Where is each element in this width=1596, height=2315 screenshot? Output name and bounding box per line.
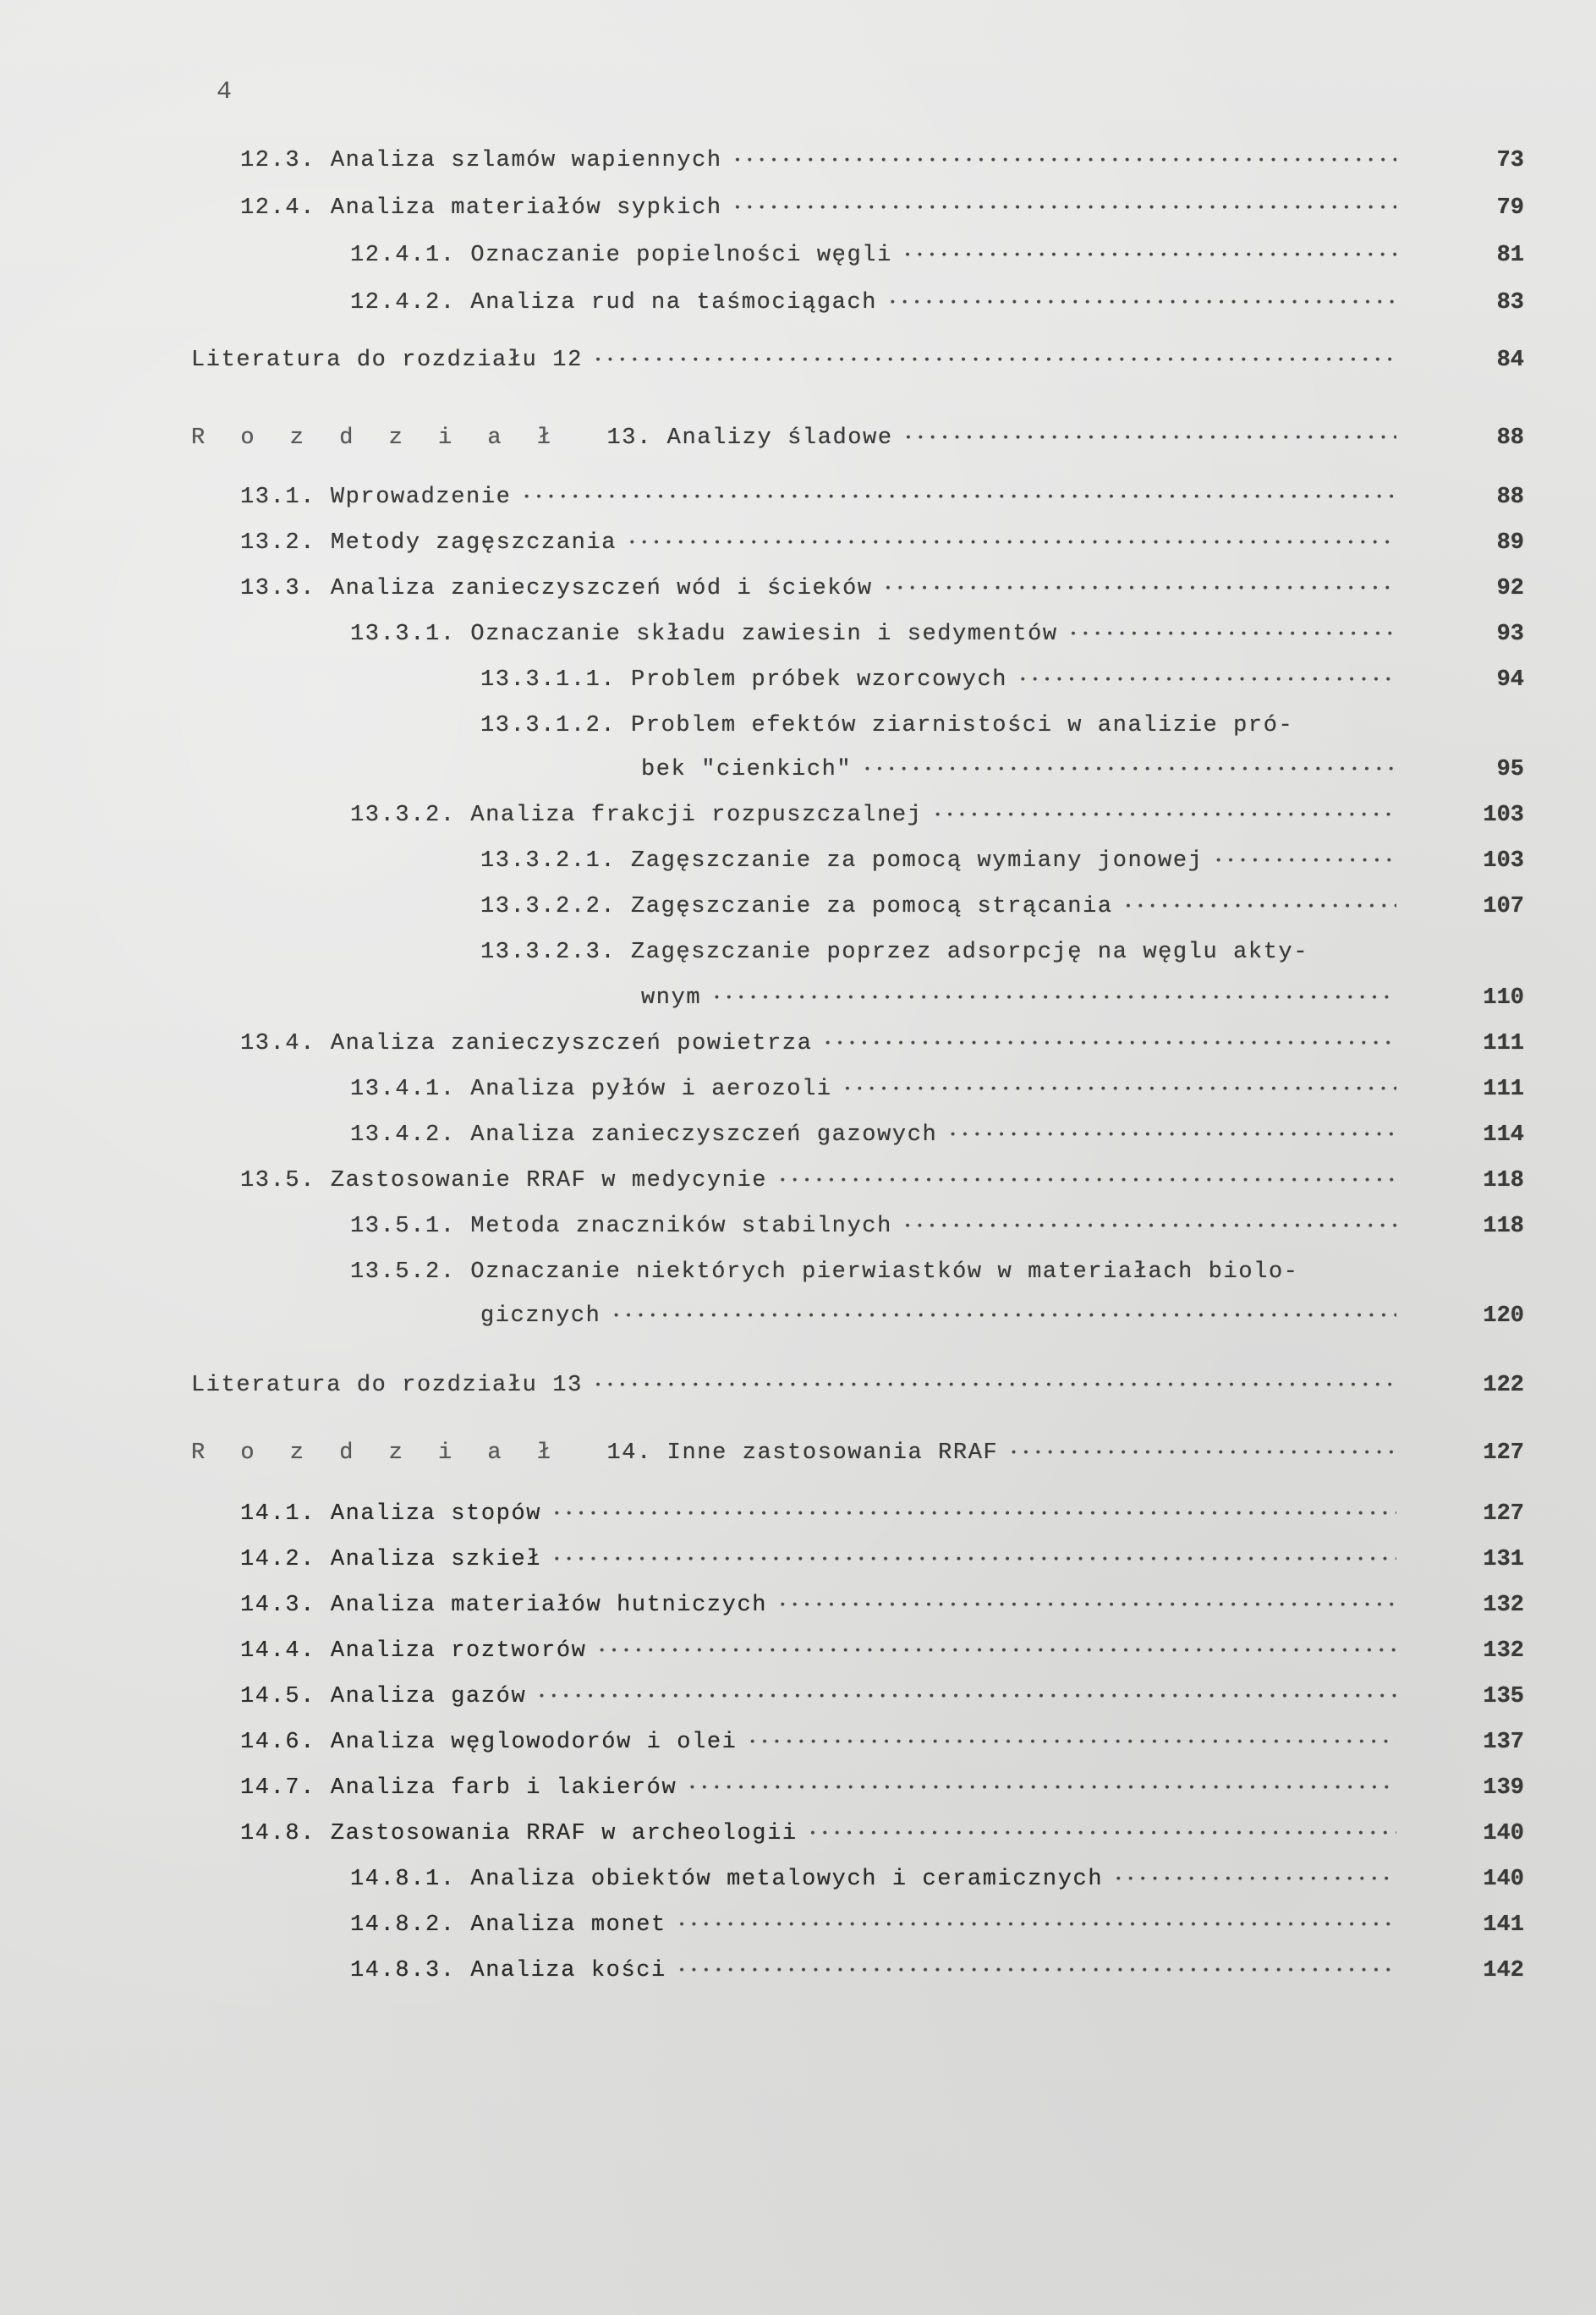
toc-entry: 14.8.1. Analiza obiektów metalowych i ce… (0, 1862, 1596, 1896)
toc-page-number: 103 (1431, 798, 1524, 832)
dot-leader (904, 239, 1396, 273)
chapter-title: 13. Analizy śladowe (606, 425, 892, 451)
dot-leader (553, 1497, 1396, 1532)
chapter-prefix: R o z d z i a ł (191, 1440, 562, 1466)
toc-entry: 13.3.1.1. Problem próbek wzorcowych94 (0, 663, 1596, 697)
toc-entry: Literatura do rozdziału 13122 (0, 1369, 1596, 1402)
toc-entry: 14.6. Analiza węglowodorów i olei137 (0, 1725, 1596, 1759)
toc-page-number: 142 (1431, 1954, 1524, 1988)
toc-entry-title: 13.4.2. Analiza zanieczyszczeń gazowych (350, 1118, 949, 1153)
toc-page-number: 118 (1431, 1164, 1524, 1198)
toc-page-number: 89 (1431, 526, 1524, 560)
toc-page-number: 83 (1431, 286, 1524, 320)
toc-page-number: 93 (1431, 617, 1524, 651)
toc-page-number: 110 (1431, 981, 1524, 1015)
toc-entry-label: 14.4. Analiza roztworów (240, 1634, 1396, 1669)
chapter-title: 14. Inne zastosowania RRAF (606, 1440, 998, 1466)
toc-entry: 13.3.1. Oznaczanie składu zawiesin i sed… (0, 617, 1596, 651)
toc-entry: 13.3. Analiza zanieczyszczeń wód i ściek… (0, 572, 1596, 606)
dot-leader (595, 343, 1396, 378)
toc-page-number: 84 (1431, 343, 1524, 377)
toc-entry: 14.5. Analiza gazów135 (0, 1680, 1596, 1714)
toc-entry: 13.3.2. Analiza frakcji rozpuszczalnej10… (0, 798, 1596, 832)
toc-entry-label: 13.4.1. Analiza pyłów i aerozoli (350, 1072, 1396, 1107)
toc-entry-label: gicznych (480, 1299, 1396, 1334)
toc-entry-title: 14.3. Analiza materiałów hutniczych (240, 1588, 779, 1623)
toc-entry-title: 13.5.1. Metoda znaczników stabilnych (350, 1210, 904, 1244)
toc-entry: 14.4. Analiza roztworów132 (0, 1634, 1596, 1668)
dot-leader (844, 1072, 1396, 1107)
toc-entry-label: 13.5.1. Metoda znaczników stabilnych (350, 1210, 1396, 1244)
toc-entry-label: 14.8.2. Analiza monet (350, 1908, 1396, 1943)
toc-page-number: 127 (1431, 1497, 1524, 1531)
toc-entry: 14.8.2. Analiza monet141 (0, 1908, 1596, 1942)
toc-page-number: 131 (1431, 1543, 1524, 1577)
toc-entry-title: 12.4. Analiza materiałów sypkich (240, 191, 734, 226)
toc-entry-title: 13.3.2.3. Zagęszczanie poprzez adsorpcję… (480, 935, 1320, 969)
toc-entry: 12.4. Analiza materiałów sypkich79 (0, 191, 1596, 225)
toc-page-number: 139 (1431, 1771, 1524, 1805)
toc-entry-title: gicznych (480, 1299, 612, 1334)
toc-entry: 12.4.1. Oznaczanie popielności węgli81 (0, 239, 1596, 272)
toc-entry: 13.1. Wprowadzenie88 (0, 480, 1596, 514)
toc-page-number: 135 (1431, 1680, 1524, 1714)
toc-entry-title: Literatura do rozdziału 13 (191, 1369, 595, 1403)
toc-entry-title: 13.5. Zastosowanie RRAF w medycynie (240, 1164, 779, 1199)
toc-entry-label: 13.3. Analiza zanieczyszczeń wód i ściek… (240, 572, 1396, 606)
toc-page-number: 127 (1431, 1436, 1524, 1470)
toc-entry-label: 14.8.3. Analiza kości (350, 1954, 1396, 1989)
toc-entry-title: 13.3.1. Oznaczanie składu zawiesin i sed… (350, 617, 1070, 652)
toc-page-number: 94 (1431, 663, 1524, 697)
toc-entry-title: 14.6. Analiza węglowodorów i olei (240, 1725, 749, 1760)
toc-entry: 14.8.3. Analiza kości142 (0, 1954, 1596, 1988)
dot-leader (538, 1680, 1396, 1714)
toc-page-number: 114 (1431, 1118, 1524, 1152)
toc-entry: gicznych120 (0, 1299, 1596, 1333)
dot-leader (553, 1543, 1396, 1577)
dot-leader (825, 1027, 1397, 1061)
toc-entry-title: 12.3. Analiza szlamów wapiennych (240, 144, 734, 178)
toc-entry-title: 13.1. Wprowadzenie (240, 480, 523, 515)
toc-entry-title: 13.3. Analiza zanieczyszczeń wód i ściek… (240, 572, 885, 606)
dot-leader (904, 1210, 1396, 1244)
toc-entry: 12.3. Analiza szlamów wapiennych73 (0, 144, 1596, 178)
dot-leader (809, 1817, 1396, 1851)
toc-entry-title: 13.3.1.1. Problem próbek wzorcowych (480, 663, 1019, 698)
toc-entry-label: 14.2. Analiza szkieł (240, 1543, 1396, 1577)
toc-entry-title: 13.4. Analiza zanieczyszczeń powietrza (240, 1027, 825, 1061)
toc-entry-title: R o z d z i a ł 14. Inne zastosowania RR… (191, 1436, 1010, 1471)
toc-entry-label: 13.5.2. Oznaczanie niektórych pierwiastk… (350, 1255, 1396, 1289)
dot-leader (678, 1908, 1396, 1943)
dot-leader (678, 1954, 1396, 1989)
dot-leader (905, 421, 1396, 456)
dot-leader (595, 1369, 1396, 1403)
dot-leader (1010, 1436, 1396, 1471)
dot-leader (734, 191, 1396, 226)
toc-page-number: 73 (1431, 144, 1524, 178)
toc-entry-title: 14.5. Analiza gazów (240, 1680, 538, 1714)
toc-entry-label: 13.3.1. Oznaczanie składu zawiesin i sed… (350, 617, 1396, 652)
toc-entry-title: 14.7. Analiza farb i lakierów (240, 1771, 688, 1806)
toc-entry-title: 13.5.2. Oznaczanie niektórych pierwiastk… (350, 1255, 1311, 1289)
toc-page-number: 88 (1431, 480, 1524, 514)
toc-entry-label: 14.8. Zastosowania RRAF w archeologii (240, 1817, 1396, 1851)
toc-entry: 12.4.2. Analiza rud na taśmociągach83 (0, 286, 1596, 320)
toc-entry: 13.4. Analiza zanieczyszczeń powietrza11… (0, 1027, 1596, 1061)
toc-entry-label: 13.3.2.1. Zagęszczanie za pomocą wymiany… (480, 844, 1396, 879)
toc-entry-title: 12.4.2. Analiza rud na taśmociągach (350, 286, 889, 321)
toc-entry: 13.4.2. Analiza zanieczyszczeń gazowych1… (0, 1118, 1596, 1152)
toc-entry: 13.2. Metody zagęszczania89 (0, 526, 1596, 560)
chapter-heading: R o z d z i a ł 13. Analizy śladowe88 (0, 421, 1596, 455)
toc-entry: 13.3.2.2. Zagęszczanie za pomocą strącan… (0, 890, 1596, 924)
dot-leader (779, 1164, 1396, 1199)
toc-entry-title: bek "cienkich" (641, 753, 864, 787)
toc-entry: 13.3.1.2. Problem efektów ziarnistości w… (0, 709, 1596, 743)
dot-leader (885, 572, 1396, 606)
toc-entry-title: Literatura do rozdziału 12 (191, 343, 595, 378)
toc-entry-label: Literatura do rozdziału 13 (191, 1369, 1396, 1403)
toc-page-number: 81 (1431, 239, 1524, 272)
dot-leader (889, 286, 1396, 321)
toc-entry-label: Literatura do rozdziału 12 (191, 343, 1396, 378)
toc-entry-title: 13.3.2.2. Zagęszczanie za pomocą strącan… (480, 890, 1125, 924)
toc-entry: Literatura do rozdziału 1284 (0, 343, 1596, 377)
chapter-heading: R o z d z i a ł 14. Inne zastosowania RR… (0, 1436, 1596, 1470)
toc-entry-title: 14.8.3. Analiza kości (350, 1954, 678, 1989)
toc-entry: 13.5.2. Oznaczanie niektórych pierwiastk… (0, 1255, 1596, 1289)
toc-entry-label: 13.3.1.2. Problem efektów ziarnistości w… (480, 709, 1396, 743)
toc-page-number: 95 (1431, 753, 1524, 787)
toc-page-number: 79 (1431, 191, 1524, 225)
dot-leader (864, 753, 1396, 787)
toc-page-number: 141 (1431, 1908, 1524, 1942)
toc-entry-title: 13.3.1.2. Problem efektów ziarnistości w… (480, 709, 1305, 743)
dot-leader (779, 1588, 1396, 1623)
toc-entry-title: 14.2. Analiza szkieł (240, 1543, 553, 1577)
toc-entry-label: 13.4. Analiza zanieczyszczeń powietrza (240, 1027, 1396, 1061)
toc-entry-title: 13.3.2.1. Zagęszczanie za pomocą wymiany… (480, 844, 1215, 879)
toc-page-number: 137 (1431, 1725, 1524, 1759)
toc-entry-label: 13.1. Wprowadzenie (240, 480, 1396, 515)
toc-entry-label: 12.4.2. Analiza rud na taśmociągach (350, 286, 1396, 321)
dot-leader (1115, 1862, 1396, 1897)
toc-entry: 14.1. Analiza stopów127 (0, 1497, 1596, 1531)
toc-entry-label: 13.5. Zastosowanie RRAF w medycynie (240, 1164, 1396, 1199)
toc-entry-label: 13.4.2. Analiza zanieczyszczeń gazowych (350, 1118, 1396, 1153)
toc-entry-label: 12.4.1. Oznaczanie popielności węgli (350, 239, 1396, 273)
toc-page-number: 88 (1431, 421, 1524, 455)
toc-entry: 14.8. Zastosowania RRAF w archeologii140 (0, 1817, 1596, 1851)
toc-entry-label: 13.3.1.1. Problem próbek wzorcowych (480, 663, 1396, 698)
toc-entry: 14.3. Analiza materiałów hutniczych132 (0, 1588, 1596, 1622)
dot-leader (1215, 844, 1396, 879)
toc-entry-label: 14.5. Analiza gazów (240, 1680, 1396, 1714)
toc-page-number: 120 (1431, 1299, 1524, 1333)
toc-entry-label: R o z d z i a ł 14. Inne zastosowania RR… (191, 1436, 1396, 1471)
toc-entry: 14.7. Analiza farb i lakierów139 (0, 1771, 1596, 1805)
toc-entry: 13.5.1. Metoda znaczników stabilnych118 (0, 1210, 1596, 1243)
toc-page-number: 111 (1431, 1072, 1524, 1106)
toc-entry-label: 14.1. Analiza stopów (240, 1497, 1396, 1532)
toc-page-number: 103 (1431, 844, 1524, 878)
toc-page-number: 122 (1431, 1369, 1524, 1402)
toc-page-number: 111 (1431, 1027, 1524, 1061)
toc-page-number: 132 (1431, 1634, 1524, 1668)
dot-leader (688, 1771, 1396, 1806)
dot-leader (734, 144, 1396, 178)
toc-entry-label: 13.3.2.2. Zagęszczanie za pomocą strącan… (480, 890, 1396, 924)
toc-entry-label: 14.6. Analiza węglowodorów i olei (240, 1725, 1396, 1760)
toc-entry-title: 14.8. Zastosowania RRAF w archeologii (240, 1817, 809, 1851)
toc-entry: 14.2. Analiza szkieł131 (0, 1543, 1596, 1577)
toc-page-number: 118 (1431, 1210, 1524, 1243)
dot-leader (749, 1725, 1397, 1760)
dot-leader (523, 480, 1396, 515)
toc-entry-title: 13.3.2. Analiza frakcji rozpuszczalnej (350, 798, 935, 833)
dot-leader (628, 526, 1396, 561)
toc-page-number: 92 (1431, 572, 1524, 606)
dot-leader (598, 1634, 1396, 1669)
dot-leader (713, 981, 1396, 1016)
page-number: 4 (217, 78, 233, 107)
toc-entry-label: 12.4. Analiza materiałów sypkich (240, 191, 1396, 226)
toc-page-number: 132 (1431, 1588, 1524, 1622)
toc-entry-label: R o z d z i a ł 13. Analizy śladowe (191, 421, 1396, 456)
chapter-prefix: R o z d z i a ł (191, 425, 562, 451)
toc-entry: wnym110 (0, 981, 1596, 1015)
toc-entry-title: 14.1. Analiza stopów (240, 1497, 553, 1532)
toc-page-number: 140 (1431, 1817, 1524, 1851)
toc-entry-title: wnym (641, 981, 713, 1016)
toc-entry-label: bek "cienkich" (641, 753, 1396, 787)
toc-entry: 13.5. Zastosowanie RRAF w medycynie118 (0, 1164, 1596, 1198)
toc-entry-label: 13.3.2.3. Zagęszczanie poprzez adsorpcję… (480, 935, 1396, 969)
toc-entry-title: 13.2. Metody zagęszczania (240, 526, 628, 561)
toc-entry-title: 13.4.1. Analiza pyłów i aerozoli (350, 1072, 844, 1107)
toc-entry-label: 14.3. Analiza materiałów hutniczych (240, 1588, 1396, 1623)
toc-entry: 13.4.1. Analiza pyłów i aerozoli111 (0, 1072, 1596, 1106)
toc-page-number: 140 (1431, 1862, 1524, 1896)
toc-entry-label: 13.2. Metody zagęszczania (240, 526, 1396, 561)
toc-entry-title: 14.4. Analiza roztworów (240, 1634, 598, 1669)
dot-leader (1070, 617, 1396, 652)
dot-leader (949, 1118, 1396, 1153)
toc-entry-label: 12.3. Analiza szlamów wapiennych (240, 144, 1396, 178)
toc-entry-label: 14.7. Analiza farb i lakierów (240, 1771, 1396, 1806)
dot-leader (1125, 890, 1396, 924)
toc-entry: 13.3.2.1. Zagęszczanie za pomocą wymiany… (0, 844, 1596, 878)
toc-entry-title: R o z d z i a ł 13. Analizy śladowe (191, 421, 905, 456)
toc-entry-label: 14.8.1. Analiza obiektów metalowych i ce… (350, 1862, 1396, 1897)
toc-entry: bek "cienkich"95 (0, 753, 1596, 787)
dot-leader (612, 1299, 1396, 1334)
toc-entry-label: wnym (641, 981, 1396, 1016)
toc-entry-label: 13.3.2. Analiza frakcji rozpuszczalnej (350, 798, 1396, 833)
dot-leader (935, 798, 1397, 833)
dot-leader (1019, 663, 1396, 698)
toc-entry-title: 14.8.1. Analiza obiektów metalowych i ce… (350, 1862, 1115, 1897)
toc-entry-title: 14.8.2. Analiza monet (350, 1908, 678, 1943)
toc-entry-title: 12.4.1. Oznaczanie popielności węgli (350, 239, 904, 273)
toc-entry: 13.3.2.3. Zagęszczanie poprzez adsorpcję… (0, 935, 1596, 969)
toc-page-number: 107 (1431, 890, 1524, 924)
